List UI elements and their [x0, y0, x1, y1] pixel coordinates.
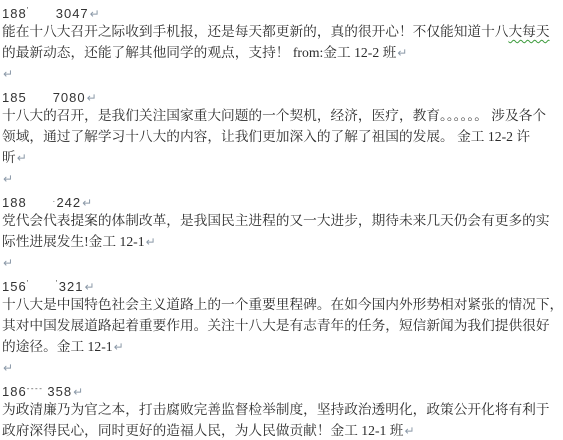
message-text: 领域，通过了解学习十八大的内容，让我们更加深入的了解了祖国的发展。 金工 12-… — [2, 129, 530, 144]
message-text-line: 的最新动态，还能了解其他同学的观点，支持！ from:金工 12-2 班↵ — [2, 42, 563, 63]
message-text: 为政清廉乃为官之本，打击腐败完善监督检举制度，坚持政治透明化，政策公开化将有利于 — [2, 402, 550, 417]
return-mark-icon: ↵ — [3, 67, 13, 81]
message-block-2: 1857080↵ 十八大的召开，是我们关注国家重大问题的一个契机，经济，医疗，教… — [2, 84, 563, 189]
phone-prefix: 156 — [2, 279, 27, 294]
return-mark-icon: ↵ — [17, 151, 27, 165]
message-text: 的最新动态，还能了解其他同学的观点，支持！ from:金工 12-2 班 — [2, 45, 396, 60]
phone-number-line: 188.242↵ — [2, 189, 563, 210]
message-text: 际性进展发生!金工 12-1 — [2, 234, 145, 249]
message-text-line: 能在十八大召开之际收到手机报，还是每天都更新的，真的很开心！不仅能知道十八大每天 — [2, 21, 563, 42]
phone-number-line: 186----358↵ — [2, 378, 563, 399]
message-text-line: 的途径。金工 12-1↵ — [2, 336, 563, 357]
message-text: 其对中国发展道路起着重要作用。关注十八大是有志青年的任务，短信新闻为我们提供很好 — [2, 318, 550, 333]
message-block-4: 156''321↵ 十八大是中国特色社会主义道路上的一个重要里程碑。在如今国内外… — [2, 273, 563, 378]
phone-suffix: 321 — [59, 279, 84, 294]
message-text: 党代会代表提案的体制改革，是我国民主进程的又一大进步，期待未来几天仍会有更多的实 — [2, 213, 550, 228]
phone-prefix: 186 — [2, 384, 27, 399]
message-text-line: 昕↵ — [2, 147, 563, 168]
message-block-3: 188.242↵ 党代会代表提案的体制改革，是我国民主进程的又一大进步，期待未来… — [2, 189, 563, 273]
phone-suffix: 358 — [47, 384, 72, 399]
spellcheck-underlined-text: 大每天 — [508, 24, 549, 39]
phone-mask-left: ' — [27, 6, 30, 15]
phone-suffix: 3047 — [56, 6, 89, 21]
return-mark-icon: ↵ — [3, 361, 13, 375]
word-document-page: 188'3047↵ 能在十八大召开之际收到手机报，还是每天都更新的，真的很开心！… — [0, 0, 563, 440]
return-mark-icon: ↵ — [87, 91, 97, 105]
empty-paragraph-line: ↵ — [2, 63, 563, 84]
return-mark-icon: ↵ — [146, 235, 156, 249]
phone-prefix: 185 — [2, 90, 27, 105]
message-text-line: 十八大的召开，是我们关注国家重大问题的一个契机，经济，医疗，教育。。。。。。 涉… — [2, 105, 563, 126]
message-text: 政府深得民心，同时更好的造福人民，为人民做贡献！金工 12-1 班 — [2, 423, 404, 438]
phone-prefix: 188 — [2, 6, 27, 21]
phone-number-line: 156''321↵ — [2, 273, 563, 294]
message-text: 的途径。金工 12-1 — [2, 339, 113, 354]
message-text-line: 政府深得民心，同时更好的造福人民，为人民做贡献！金工 12-1 班↵ — [2, 420, 563, 440]
phone-number-line: 1857080↵ — [2, 84, 563, 105]
message-text-line: 领域，通过了解学习十八大的内容，让我们更加深入的了解了祖国的发展。 金工 12-… — [2, 126, 563, 147]
return-mark-icon: ↵ — [3, 172, 13, 186]
return-mark-icon: ↵ — [114, 340, 124, 354]
return-mark-icon: ↵ — [84, 280, 94, 294]
message-block-5: 186----358↵ 为政清廉乃为官之本，打击腐败完善监督检举制度，坚持政治透… — [2, 378, 563, 440]
message-text: 昕 — [2, 150, 16, 165]
return-mark-icon: ↵ — [405, 424, 415, 438]
return-mark-icon: ↵ — [397, 46, 407, 60]
empty-paragraph-line: ↵ — [2, 168, 563, 189]
phone-suffix: 242 — [56, 195, 81, 210]
message-text: 能在十八大召开之际收到手机报，还是每天都更新的，真的很开心！不仅能知道十八 — [2, 24, 508, 39]
message-text: 十八大是中国特色社会主义道路上的一个重要里程碑。在如今国内外形势相对紧张的情况下… — [2, 297, 563, 312]
phone-prefix: 188 — [2, 195, 27, 210]
empty-paragraph-line: ↵ — [2, 252, 563, 273]
empty-paragraph-line: ↵ — [2, 357, 563, 378]
return-mark-icon: ↵ — [82, 196, 92, 210]
message-text-line: 其对中国发展道路起着重要作用。关注十八大是有志青年的任务，短信新闻为我们提供很好 — [2, 315, 563, 336]
message-text-line: 际性进展发生!金工 12-1↵ — [2, 231, 563, 252]
return-mark-icon: ↵ — [90, 7, 100, 21]
phone-mask-left: ' — [27, 279, 30, 288]
phone-suffix: 7080 — [53, 90, 86, 105]
message-text-line: 党代会代表提案的体制改革，是我国民主进程的又一大进步，期待未来几天仍会有更多的实 — [2, 210, 563, 231]
phone-number-line: 188'3047↵ — [2, 0, 563, 21]
return-mark-icon: ↵ — [3, 256, 13, 270]
message-text: 十八大的召开，是我们关注国家重大问题的一个契机，经济，医疗，教育。。。。。。 涉… — [2, 108, 546, 123]
return-mark-icon: ↵ — [73, 385, 83, 399]
message-block-1: 188'3047↵ 能在十八大召开之际收到手机报，还是每天都更新的，真的很开心！… — [2, 0, 563, 84]
message-text-line: 十八大是中国特色社会主义道路上的一个重要里程碑。在如今国内外形势相对紧张的情况下… — [2, 294, 563, 315]
phone-mask-left: ---- — [27, 384, 44, 393]
message-text-line: 为政清廉乃为官之本，打击腐败完善监督检举制度，坚持政治透明化，政策公开化将有利于 — [2, 399, 563, 420]
